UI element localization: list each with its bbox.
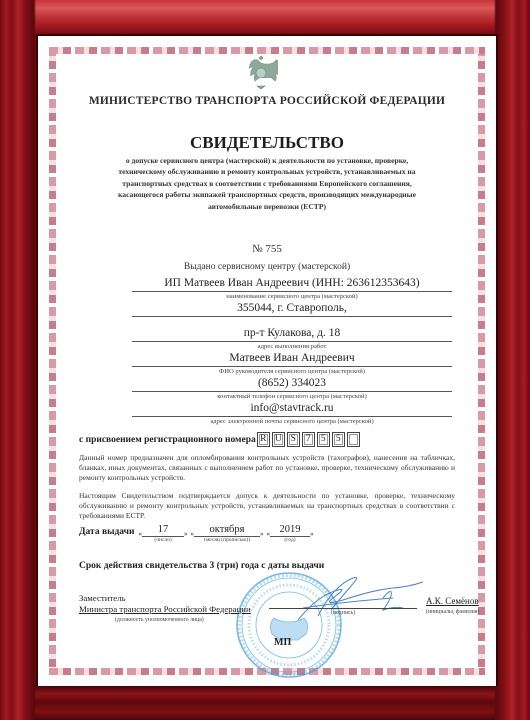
year-caption: (год) [270,537,310,543]
handwritten-signature-icon [288,568,438,628]
quote: » [184,530,188,538]
subtitle-line: автомобильные перевозки (ЕСТР) [78,201,456,212]
paragraph-admission: Настоящим Свидетельством подтверждается … [79,491,455,521]
subtitle-line: касающегося работы экипажей транспортных… [78,189,456,200]
field-value: пр-т Кулакова, д. 18 [132,325,452,342]
field-address-line1: 355044, г. Ставрополь, [132,300,452,317]
subtitle-line: техническому обслуживанию и ремонту конт… [78,166,456,177]
position-line: Заместитель [79,593,251,604]
month-value: октября [194,524,260,537]
position-line: Министра транспорта Российской Федерации [79,604,251,615]
field-value: Матвеев Иван Андреевич [132,350,452,367]
month-caption: (месяц (прописью)) [194,537,260,543]
issue-date: Дата выдачи « 17 (число) » « октября (ме… [79,524,314,543]
registration-char-box: U [272,432,285,447]
double-headed-eagle-emblem-icon [244,53,278,91]
quote: » [260,530,264,538]
field-service-center-name: ИП Матвеев Иван Андреевич (ИНН: 26361235… [132,275,452,301]
issued-to-label: Выдано сервисному центру (мастерской) [38,262,496,272]
field-phone: (8652) 334023 контактный телефон сервисн… [132,375,452,401]
certificate-content: МИНИСТЕРСТВО ТРАНСПОРТА РОССИЙСКОЙ ФЕДЕР… [38,36,496,686]
field-caption: адрес электронной почты сервисного центр… [132,417,452,426]
signer-name: А.К. Семёнов [426,596,479,607]
field-value: (8652) 334023 [132,375,452,392]
registration-char-box: S [287,432,300,447]
year-value: 2019 [270,524,310,537]
signature-line [269,608,417,609]
registration-char-box: 7 [302,432,315,447]
paragraph-number-purpose: Данный номер предназначен для опломбиров… [79,453,455,483]
issue-date-year: 2019 (год) [270,524,310,543]
signature-caption: (подпись) [331,610,355,616]
signatory-position: Заместитель Министра транспорта Российск… [79,593,251,626]
registration-char-box: 5 [317,432,330,447]
issue-date-day: 17 (число) [142,524,184,543]
registration-number-line: с присвоением регистрационного номера R … [79,432,362,447]
document-subtitle: о допуске сервисного центра (мастерской)… [78,155,456,212]
ministry-name: МИНИСТЕРСТВО ТРАНСПОРТА РОССИЙСКОЙ ФЕДЕР… [38,95,496,107]
issue-date-month: октября (месяц (прописью)) [194,524,260,543]
registration-char-box: R [257,432,270,447]
subtitle-line: о допуске сервисного центра (мастерской)… [78,155,456,166]
field-value: 355044, г. Ставрополь, [132,300,452,317]
certificate-number: № 755 [38,243,496,255]
subtitle-line: транспортных средствах в соответствии с … [78,178,456,189]
registration-number-boxes: R U S 7 5 5 [257,432,362,447]
quote: » [310,530,314,538]
field-value: ИП Матвеев Иван Андреевич (ИНН: 26361235… [132,275,452,292]
issue-date-label: Дата выдачи [79,527,135,537]
day-value: 17 [142,524,184,537]
field-email: info@stavtrack.ru адрес электронной почт… [132,400,452,426]
registration-char-box [347,432,360,447]
day-caption: (число) [142,537,184,543]
field-work-address: пр-т Кулакова, д. 18 адрес выполнения ра… [132,325,452,351]
field-head-name: Матвеев Иван Андреевич ФИО руководителя … [132,350,452,376]
document-title: СВИДЕТЕЛЬСТВО [38,133,496,153]
signer-caption: (инициалы, фамилия) [426,607,479,618]
registration-label: с присвоением регистрационного номера [79,435,256,445]
position-caption: (должность уполномоченного лица) [115,615,251,626]
field-value: info@stavtrack.ru [132,400,452,417]
stamp-label: МП [274,637,291,648]
signatory-name: А.К. Семёнов (инициалы, фамилия) [426,596,479,618]
registration-char-box: 5 [332,432,345,447]
